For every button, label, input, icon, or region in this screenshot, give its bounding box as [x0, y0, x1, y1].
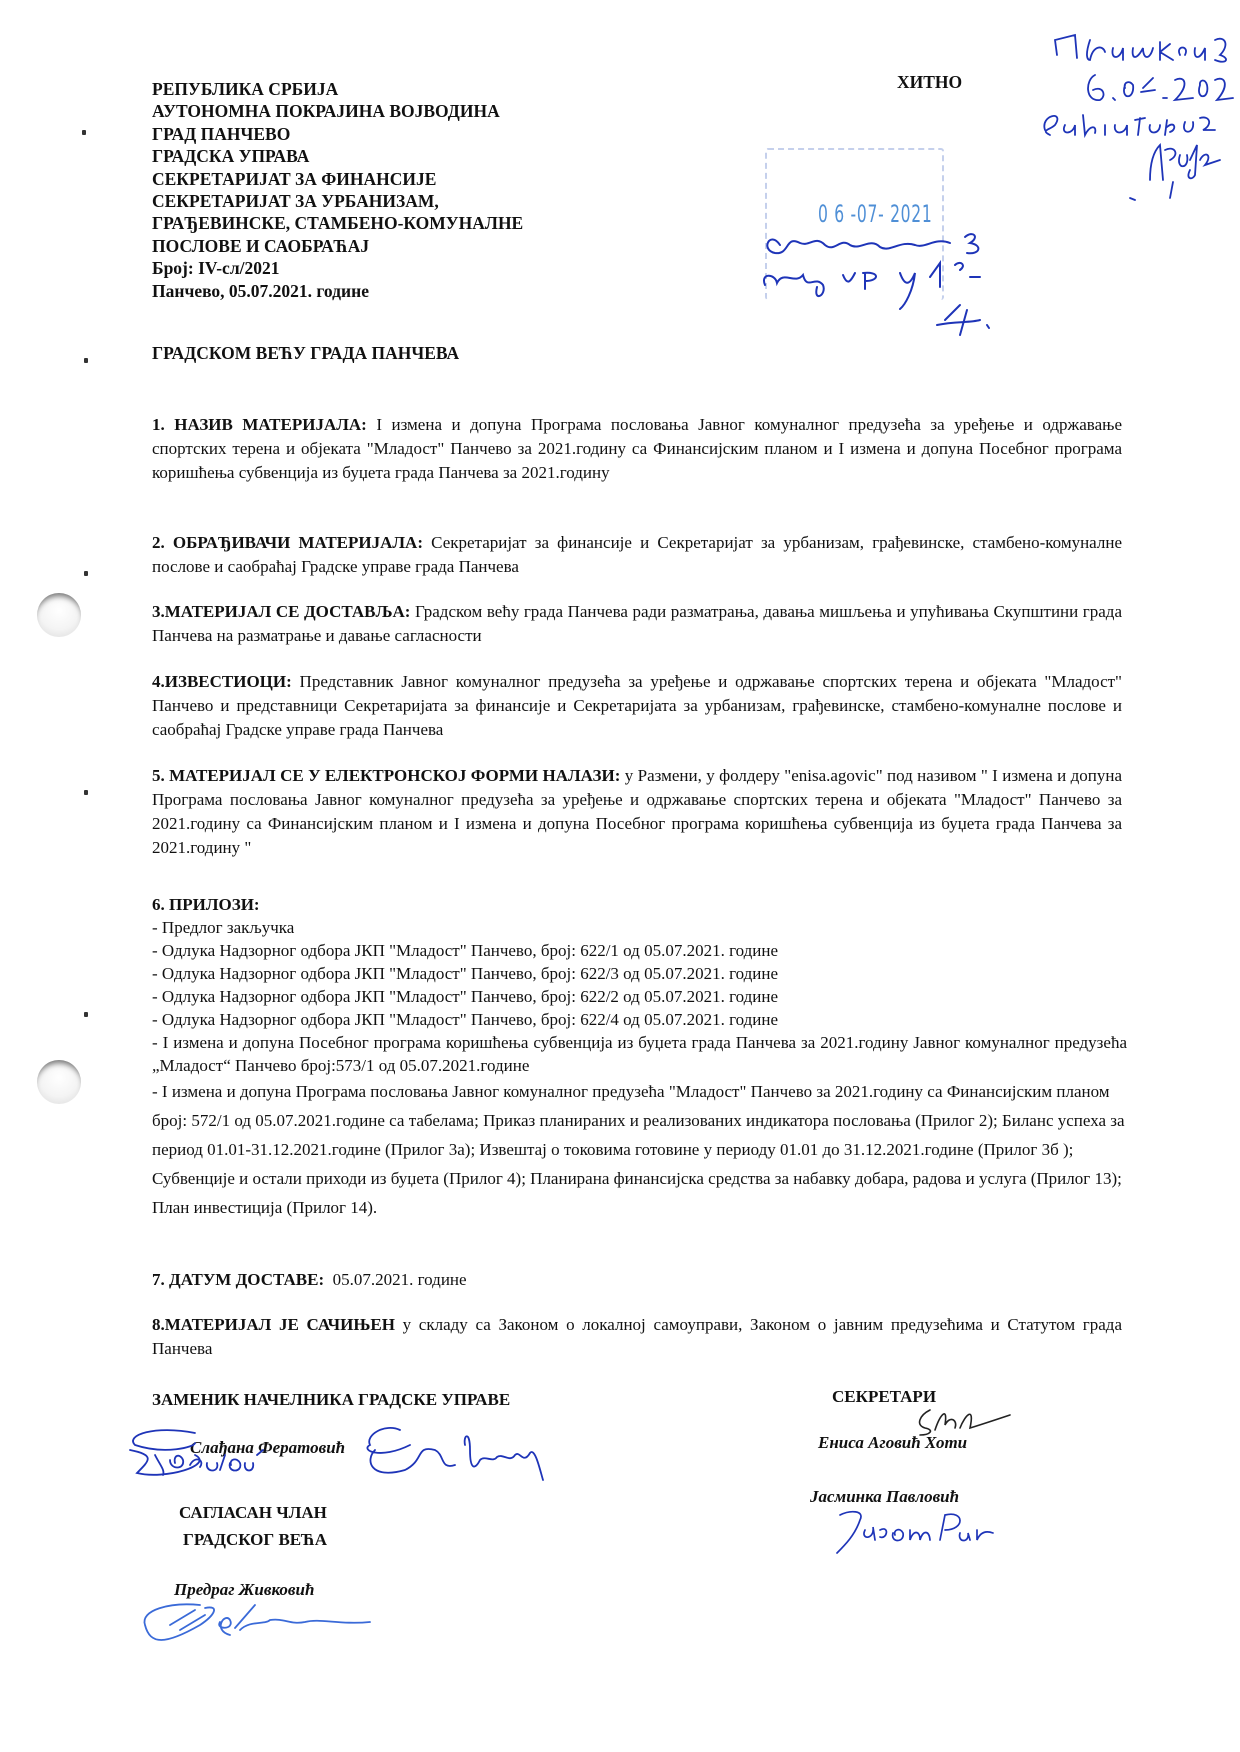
council-title-line2: ГРАДСКОГ ВЕЋА: [183, 1530, 327, 1550]
section-compliance: 8.МАТЕРИЈАЛ ЈЕ САЧИЊЕН у складу са Закон…: [152, 1313, 1122, 1361]
scan-speck: [84, 1012, 88, 1017]
punch-hole: [37, 1060, 81, 1104]
handwritten-delivery-note: [755, 225, 1015, 355]
attachment-item: - Одлука Надзорног одбора ЈКП "Младост" …: [152, 1008, 1127, 1031]
section-label: 5. МАТЕРИЈАЛ СЕ У ЕЛЕКТРОНСКОЈ ФОРМИ НАЛ…: [152, 766, 620, 785]
punch-hole: [37, 593, 81, 637]
addressee: ГРАДСКОМ ВЕЋУ ГРАДА ПАНЧЕВА: [152, 343, 459, 364]
secretary-1-name: Ениса Аговић Хоти: [818, 1433, 967, 1453]
section-electronic-location: 5. МАТЕРИЈАЛ СЕ У ЕЛЕКТРОНСКОЈ ФОРМИ НАЛ…: [152, 764, 1122, 860]
stamp-date: 0 6 -07- 2021: [818, 200, 933, 228]
section-label: 2. ОБРАЂИВАЧИ МАТЕРИЈАЛА:: [152, 533, 423, 552]
handwritten-received-note: [1035, 30, 1235, 210]
secretary-2-name: Јасминка Павловић: [810, 1487, 959, 1507]
attachment-item: - Одлука Надзорног одбора ЈКП "Младост" …: [152, 962, 1127, 985]
header-line: СЕКРЕТАРИЈАТ ЗА УРБАНИЗАМ,: [152, 190, 523, 212]
header-line: СЕКРЕТАРИЈАТ ЗА ФИНАНСИЈЕ: [152, 168, 523, 190]
council-title-line1: САГЛАСАН ЧЛАН: [179, 1503, 327, 1523]
section-delivery-date: 7. ДАТУМ ДОСТАВЕ: 05.07.2021. године: [152, 1268, 1122, 1292]
attachment-item: - I измена и допуна Посебног програма ко…: [152, 1031, 1127, 1077]
header-line: АУТОНОМНА ПОКРАЈИНА ВОЈВОДИНА: [152, 100, 523, 122]
scan-speck: [84, 571, 88, 576]
scan-speck: [84, 358, 88, 363]
section-text: Представник Јавног комуналног предузећа …: [152, 672, 1122, 739]
section-material-authors: 2. ОБРАЂИВАЧИ МАТЕРИЈАЛА: Секретаријат з…: [152, 531, 1122, 579]
section-rapporteurs: 4.ИЗВЕСТИОЦИ: Представник Јавног комунал…: [152, 670, 1122, 742]
section-material-delivery: 3.МАТЕРИЈАЛ СЕ ДОСТАВЉА: Градском већу г…: [152, 600, 1122, 648]
attachment-item: - Одлука Надзорног одбора ЈКП "Младост" …: [152, 939, 1127, 962]
section-material-title: 1. НАЗИВ МАТЕРИЈАЛА: I измена и допуна П…: [152, 413, 1122, 485]
attachments-list: 6. ПРИЛОЗИ: - Предлог закључка - Одлука …: [152, 893, 1127, 1222]
section-label: 4.ИЗВЕСТИОЦИ:: [152, 672, 292, 691]
attachment-item: - Предлог закључка: [152, 916, 1127, 939]
attachment-item: - Одлука Надзорног одбора ЈКП "Младост" …: [152, 985, 1127, 1008]
header-line: РЕПУБЛИКА СРБИЈА: [152, 78, 523, 100]
section-label: 8.МАТЕРИЈАЛ ЈЕ САЧИЊЕН: [152, 1315, 395, 1334]
attachment-item: - I измена и допуна Програма пословања Ј…: [152, 1077, 1127, 1222]
section-label: 7. ДАТУМ ДОСТАВЕ:: [152, 1270, 324, 1289]
section-label: 1. НАЗИВ МАТЕРИЈАЛА:: [152, 415, 367, 434]
issuer-header: РЕПУБЛИКА СРБИЈА АУТОНОМНА ПОКРАЈИНА ВОЈ…: [152, 78, 523, 302]
council-member-name: Предраг Живковић: [174, 1580, 314, 1600]
attachments-label: 6. ПРИЛОЗИ:: [152, 893, 1127, 916]
header-line: ГРАЂЕВИНСКЕ, СТАМБЕНО-КОМУНАЛНЕ: [152, 212, 523, 234]
document-date: Панчево, 05.07.2021. године: [152, 280, 523, 302]
header-line: ПОСЛОВЕ И САОБРАЋАЈ: [152, 235, 523, 257]
scan-speck: [84, 790, 88, 795]
deputy-title: ЗАМЕНИК НАЧЕЛНИКА ГРАДСКЕ УПРАВЕ: [152, 1390, 510, 1410]
deputy-signature: [125, 1425, 565, 1505]
header-line: ГРАД ПАНЧЕВО: [152, 123, 523, 145]
urgent-label: ХИТНО: [897, 72, 962, 93]
council-member-signature: [140, 1600, 400, 1660]
scan-speck: [82, 130, 86, 135]
document-number: Број: IV-сл/2021: [152, 257, 523, 279]
header-line: ГРАДСКА УПРАВА: [152, 145, 523, 167]
section-label: 3.МАТЕРИЈАЛ СЕ ДОСТАВЉА:: [152, 602, 410, 621]
secretary-2-signature: [825, 1505, 1015, 1565]
delivery-date-value: 05.07.2021. године: [324, 1270, 466, 1289]
